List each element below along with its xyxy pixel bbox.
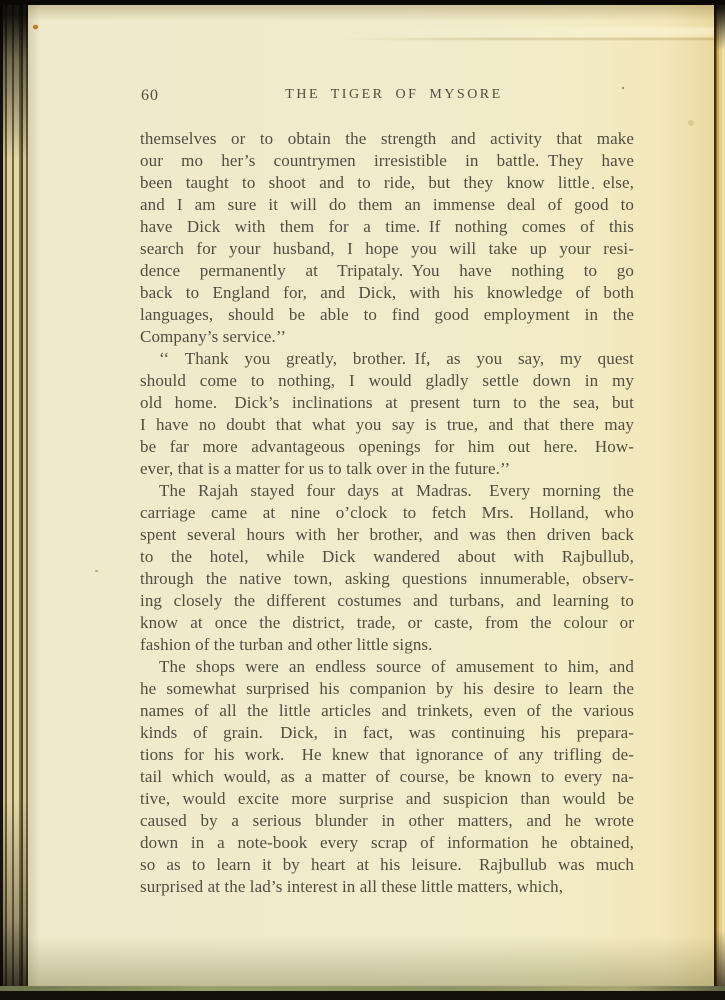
text-line: through the native town, asking question… — [140, 568, 634, 590]
paper-stain — [33, 25, 38, 29]
text-line: tions for his work. He knew that ignoran… — [140, 744, 634, 766]
text-line: I have no doubt that what you say is tru… — [140, 414, 634, 436]
paper-speck — [95, 570, 98, 572]
text-line: ever, that is a matter for us to talk ov… — [140, 458, 634, 480]
running-title: THE TIGER OF MYSORE — [140, 87, 634, 103]
text-line: so as to learn it by heart at his leisur… — [140, 854, 634, 876]
text-line: he somewhat surprised his companion by h… — [140, 678, 634, 700]
page-number: 60 — [141, 87, 159, 105]
text-line: kinds of grain. Dick, in fact, was conti… — [140, 722, 634, 744]
text-line: dence permanently at Tripataly. You have… — [140, 260, 634, 282]
text-line: fashion of the turban and other little s… — [140, 634, 634, 656]
text-line: tive, would excite more surprise and sus… — [140, 788, 634, 810]
text-block: themselves or to obtain the strength and… — [140, 128, 634, 898]
page-crease — [344, 38, 714, 40]
text-line: been taught to shoot and to ride, but th… — [140, 172, 634, 194]
text-line: back to England for, and Dick, with his … — [140, 282, 634, 304]
paragraph: The shops were an endless source of amus… — [140, 656, 634, 898]
text-line: themselves or to obtain the strength and… — [140, 128, 634, 150]
text-line: carriage came at nine o’clock to fetch M… — [140, 502, 634, 524]
text-line: The Rajah stayed four days at Madras. Ev… — [140, 480, 634, 502]
text-line: our mo her’s countrymen irresistible in … — [140, 150, 634, 172]
text-line: down in a note-book every scrap of infor… — [140, 832, 634, 854]
paragraph: themselves or to obtain the strength and… — [140, 128, 634, 348]
text-line: old home. Dick’s inclinations at present… — [140, 392, 634, 414]
book-binding-shadow — [0, 0, 28, 1000]
text-line: should come to nothing, I would gladly s… — [140, 370, 634, 392]
text-line: and I am sure it will do them an immense… — [140, 194, 634, 216]
book-scan: 60 THE TIGER OF MYSORE themselves or to … — [0, 0, 725, 1000]
paragraph: The Rajah stayed four days at Madras. Ev… — [140, 480, 634, 656]
text-line: to the hotel, while Dick wandered about … — [140, 546, 634, 568]
paper-smudge — [688, 120, 694, 126]
text-line: search for your husband, I hope you will… — [140, 238, 634, 260]
text-line: names of all the little articles and tri… — [140, 700, 634, 722]
text-line: tail which would, as a matter of course,… — [140, 766, 634, 788]
text-line: have Dick with them for a time. If nothi… — [140, 216, 634, 238]
text-line: spent several hours with her brother, an… — [140, 524, 634, 546]
text-line: ing closely the different costumes and t… — [140, 590, 634, 612]
printed-content: 60 THE TIGER OF MYSORE themselves or to … — [140, 87, 634, 898]
text-line: know at once the district, trade, or cas… — [140, 612, 634, 634]
text-line: caused by a serious blunder in other mat… — [140, 810, 634, 832]
text-line: surprised at the lad’s interest in all t… — [140, 876, 634, 898]
page-header: 60 THE TIGER OF MYSORE — [140, 87, 634, 105]
text-line: The shops were an endless source of amus… — [140, 656, 634, 678]
page-crease-highlight — [371, 27, 714, 36]
paragraph: ‘‘ Thank you greatly, brother. If, as yo… — [140, 348, 634, 480]
text-line: ‘‘ Thank you greatly, brother. If, as yo… — [140, 348, 634, 370]
photo-border-top — [0, 0, 725, 5]
text-line: be far more advantageous openings for hi… — [140, 436, 634, 458]
text-line: languages, should be able to find good e… — [140, 304, 634, 326]
text-line: Company’s service.’’ — [140, 326, 634, 348]
facing-page-shadow — [714, 0, 725, 1000]
photo-border-bottom — [0, 991, 725, 1000]
